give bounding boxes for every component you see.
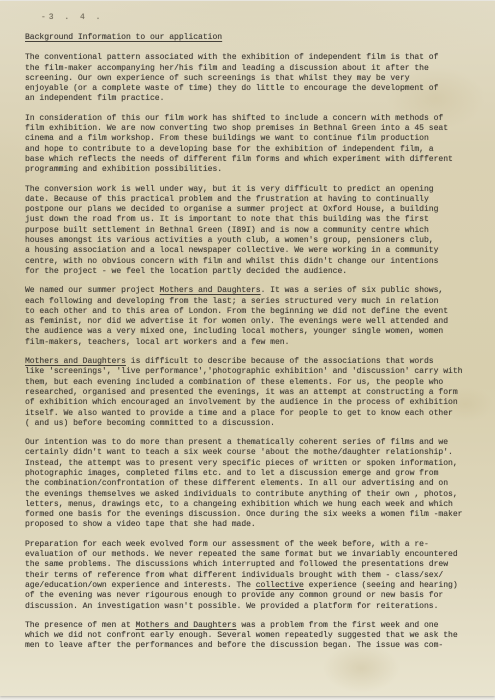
project-title-underlined: Mothers and Daughters bbox=[136, 621, 237, 630]
paragraph-7: Preparation for each week evolved form o… bbox=[25, 540, 467, 612]
paragraph-4-text: We named our summer project bbox=[25, 286, 160, 295]
paragraph-4: We named our summer project Mothers and … bbox=[25, 286, 467, 348]
paragraph-5: Mothers and Daughters is difficult to de… bbox=[25, 357, 467, 429]
project-title-underlined: Mothers and Daughters bbox=[25, 357, 126, 366]
paragraph-4-rest: . It was a series of six public shows, e… bbox=[25, 286, 448, 346]
paragraph-2: In consideration of this our film work h… bbox=[25, 114, 467, 176]
paragraph-2-text: In consideration of this our film work h… bbox=[25, 114, 453, 174]
project-title-underlined: Mothers and Daughters bbox=[160, 286, 261, 295]
paragraph-1: The conventional pattern associated with… bbox=[25, 53, 467, 104]
paragraph-5-rest: is difficult to describe because of the … bbox=[25, 357, 462, 428]
paragraph-8-text: The presence of men at bbox=[25, 621, 136, 630]
document-heading: Background Information to our applicatio… bbox=[25, 33, 467, 43]
pencil-annotation: -3 . 4 . bbox=[41, 13, 467, 23]
paragraph-1-text: The conventional pattern associated with… bbox=[25, 53, 438, 103]
document-page: -3 . 4 . Background Information to our a… bbox=[0, 1, 495, 696]
paragraph-3: The conversion work is well under way, b… bbox=[25, 185, 467, 278]
paragraph-3-text: The conversion work is well under way, b… bbox=[25, 185, 438, 276]
scanned-document: -3 . 4 . Background Information to our a… bbox=[0, 0, 495, 700]
paragraph-6: Our intention was to do more than presen… bbox=[25, 438, 467, 531]
paragraph-6-text: Our intention was to do more than presen… bbox=[25, 438, 462, 529]
collective-underlined: collective bbox=[256, 581, 304, 590]
paragraph-8: The presence of men at Mothers and Daugh… bbox=[25, 621, 467, 652]
